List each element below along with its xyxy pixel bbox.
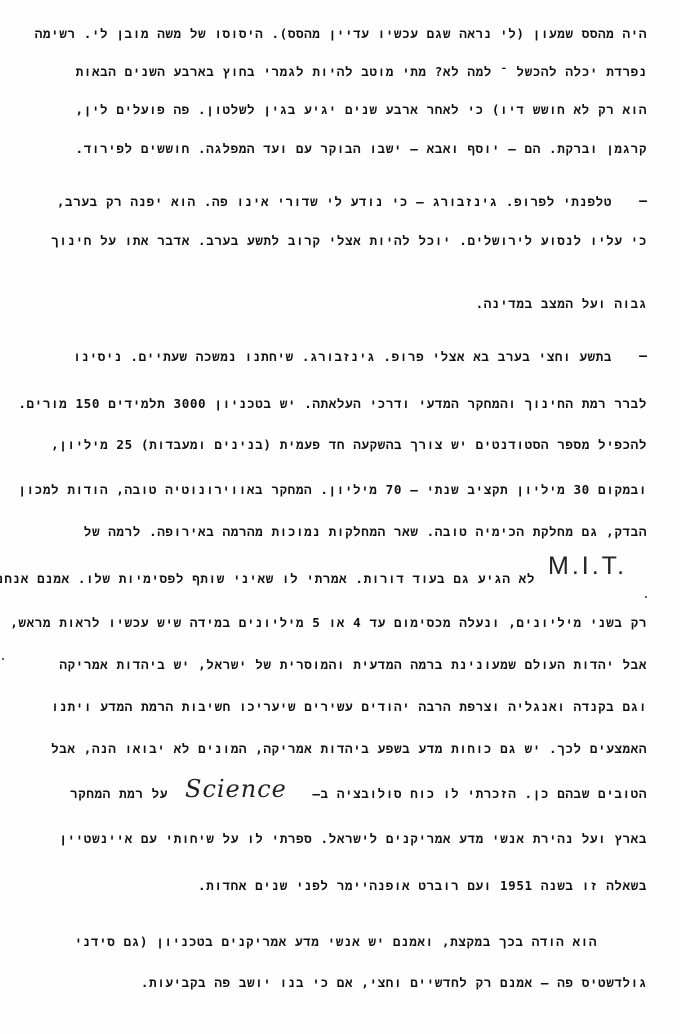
text-line: גבוה ועל המצב במדינה. [476, 296, 647, 312]
text-line: רק בשני מיליונים, ונעלה מכסימום עד 4 או … [10, 615, 647, 631]
text-line: אבל יהדות העולם שמעונינת ברמה המדעית והמ… [59, 657, 647, 673]
text-line: ובמקום 30 מיליון תקציב שנתי – 70 מיליון.… [18, 482, 647, 498]
text-line: גולדשטיס פה – אמנם רק לחדשיים וחצי, אם כ… [141, 975, 647, 991]
text-line: להכפיל מספר הסטודנטים יש צורך בהשקעה חד … [51, 437, 647, 453]
text-line: נפרדת יכלה להכשל ־ למה לא? מתי מוטב להיו… [76, 64, 647, 80]
ink-speck [2, 658, 4, 660]
handwritten-science-annotation: Science [185, 775, 287, 803]
text-line: וגם בקנדה ואנגליה וצרפת הרבה יהודים עשיר… [51, 699, 647, 715]
text-line: לברר רמת החינוך והמחקר המדעי ודרכי העלאת… [18, 396, 647, 412]
text-line: בשאלה זו בשנה 1951 ועם רוברט אופנהיימר ל… [198, 878, 647, 894]
text-line: הוא הודה בכך במקצת, ואמנם יש אנשי מדע אמ… [75, 934, 597, 950]
text-line: קרגמן וברקת. הם – יוסף ואבא – ישבו הבוקר… [76, 141, 647, 157]
paragraph-dash: – [639, 194, 647, 210]
ink-speck [645, 596, 647, 598]
text-line: כי עליו לנסוע לירושלים. יוכל להיות אצלי … [51, 233, 647, 249]
text-line: בתשע וחצי בערב בא אצלי פרופ. גינזבורג. ש… [73, 349, 612, 365]
text-line: האמצעים לכך. יש גם כוחות מדע בשפע ביהדות… [51, 741, 647, 757]
document-page: היה מהסס שמעון (לי נראה שגם עכשיו עדיין … [0, 0, 680, 1034]
text-line: היה מהסס שמעון (לי נראה שגם עכשיו עדיין … [35, 26, 647, 42]
text-line: הטובים שבהם כן. הזכרתי לו כוח סולובציה ב… [312, 786, 647, 802]
text-line: טלפנתי לפרופ. גינזבורג – כי נודע לי שדור… [57, 194, 612, 210]
text-line: הוא רק לא חושש דיו) כי לאחר ארבע שנים יג… [76, 102, 647, 118]
paragraph-dash: – [639, 349, 647, 365]
handwritten-mit-annotation: M.I.T. [548, 552, 627, 581]
text-line: בארץ ועל נהירת אנשי מדע אמריקנים לישראל.… [59, 831, 647, 847]
text-line: לא הגיע גם בעוד דורות. אמרתי לו שאיני שו… [0, 571, 535, 587]
text-line-tail: על רמת המחקר [70, 786, 168, 802]
text-line: הבדק, גם מחלקת הכימיה טובה. שאר המחלקות … [84, 524, 647, 540]
